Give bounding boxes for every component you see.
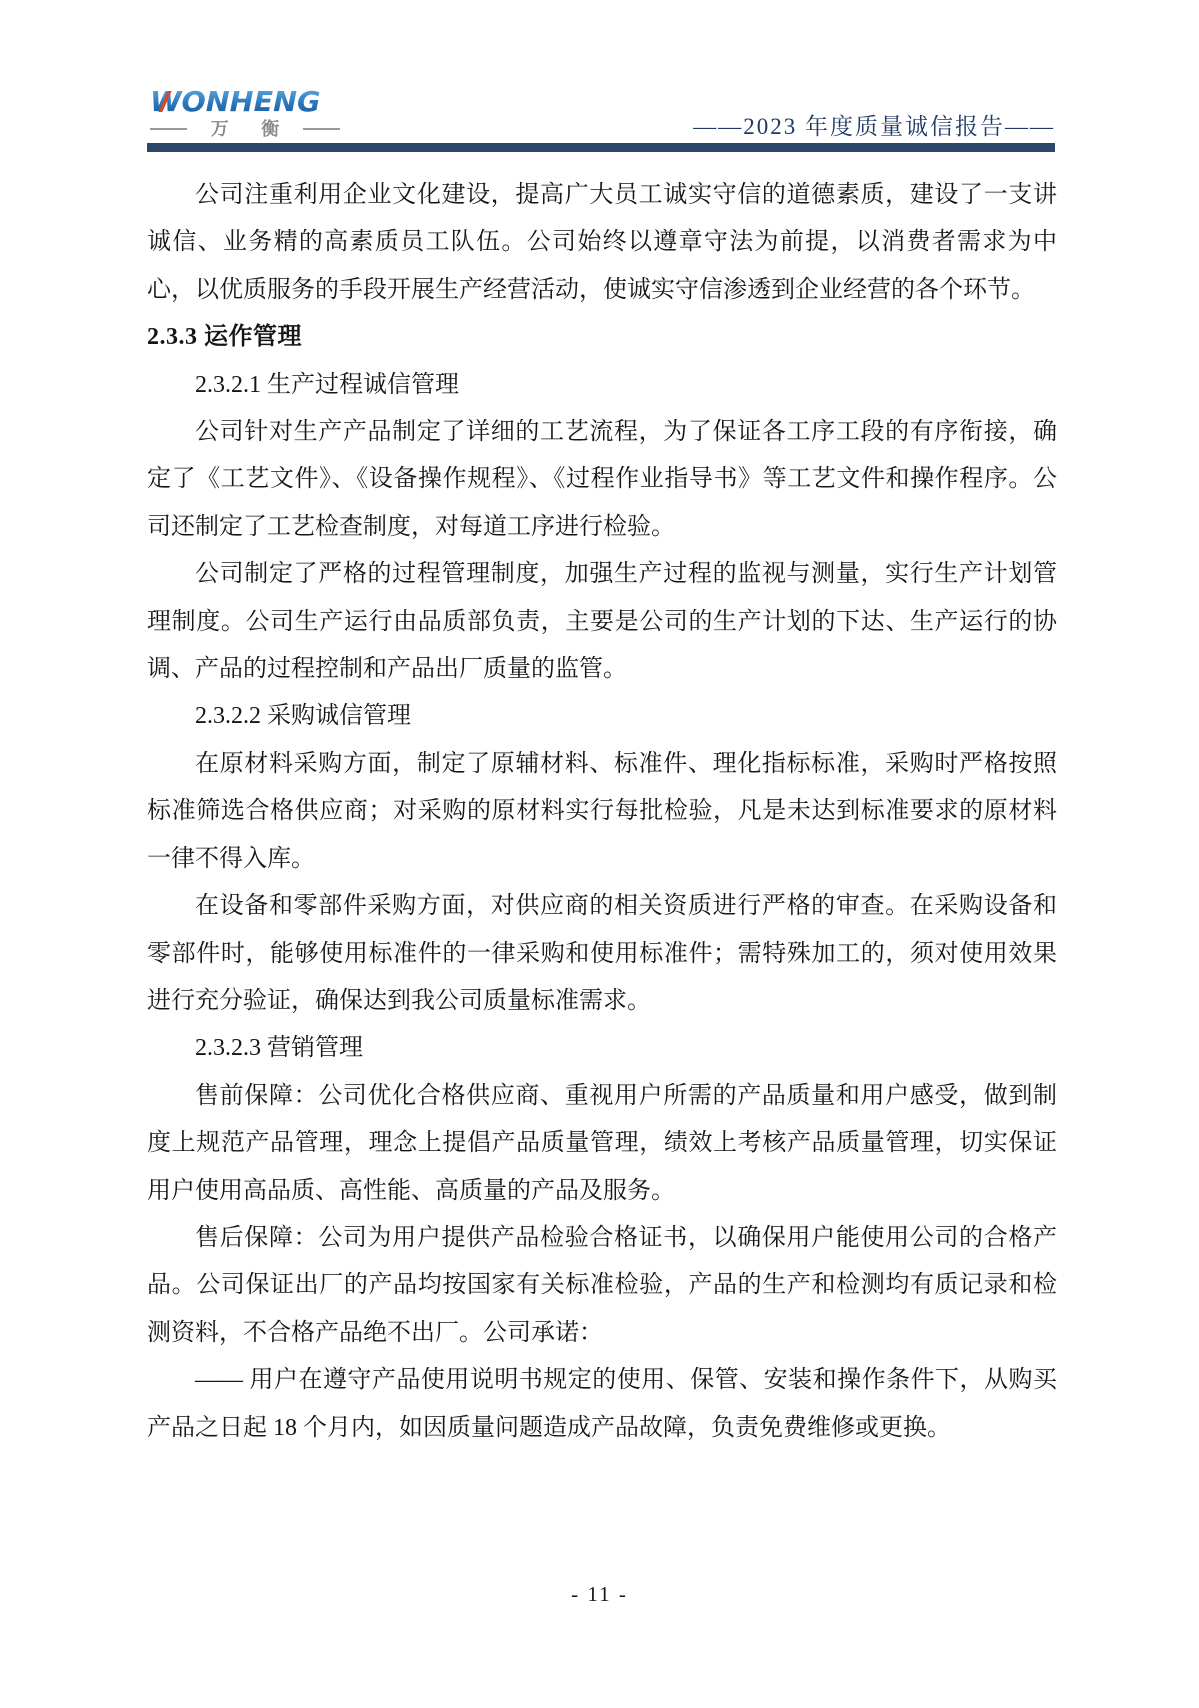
subsection-heading: 2.3.2.1 生产过程诚信管理 xyxy=(147,362,1057,409)
logo-rule-left xyxy=(150,128,187,130)
body-paragraph: 公司针对生产产品制定了详细的工艺流程，为了保证各工序工段的有序衔接，确定了《工艺… xyxy=(147,409,1057,551)
header-divider-bar xyxy=(147,143,1055,152)
body-paragraph: —— 用户在遵守产品使用说明书规定的使用、保管、安装和操作条件下，从购买产品之日… xyxy=(147,1357,1057,1452)
subsection-heading: 2.3.2.2 采购诚信管理 xyxy=(147,693,1057,740)
logo-brand-text: WONHENG xyxy=(150,88,354,116)
page-number: - 11 - xyxy=(0,1582,1199,1607)
body-paragraph: 公司注重利用企业文化建设，提高广大员工诚实守信的道德素质，建设了一支讲诚信、业务… xyxy=(147,172,1057,314)
document-body: 公司注重利用企业文化建设，提高广大员工诚实守信的道德素质，建设了一支讲诚信、业务… xyxy=(147,172,1057,1452)
body-paragraph: 公司制定了严格的过程管理制度，加强生产过程的监视与测量，实行生产计划管理制度。公… xyxy=(147,551,1057,693)
subsection-heading: 2.3.2.3 营销管理 xyxy=(147,1025,1057,1072)
body-paragraph: 售前保障：公司优化合格供应商、重视用户所需的产品质量和用户感受，做到制度上规范产… xyxy=(147,1073,1057,1215)
logo-rule-right xyxy=(303,128,340,130)
body-paragraph: 在原材料采购方面，制定了原辅材料、标准件、理化指标标准，采购时严格按照标准筛选合… xyxy=(147,741,1057,883)
section-heading: 2.3.3 运作管理 xyxy=(147,314,1057,361)
report-title: ——2023 年度质量诚信报告—— xyxy=(693,112,1055,142)
logo-subtitle: 万 衡 xyxy=(150,120,340,138)
body-paragraph: 在设备和零部件采购方面，对供应商的相关资质进行严格的审查。在采购设备和零部件时，… xyxy=(147,883,1057,1025)
logo-subtitle-text: 万 衡 xyxy=(187,120,304,138)
report-page: WONHENG 万 衡 ——2023 年度质量诚信报告—— 公司注重利用企业文化… xyxy=(0,0,1199,1708)
wonheng-logo: WONHENG 万 衡 xyxy=(150,88,350,138)
body-paragraph: 售后保障：公司为用户提供产品检验合格证书，以确保用户能使用公司的合格产品。公司保… xyxy=(147,1215,1057,1357)
